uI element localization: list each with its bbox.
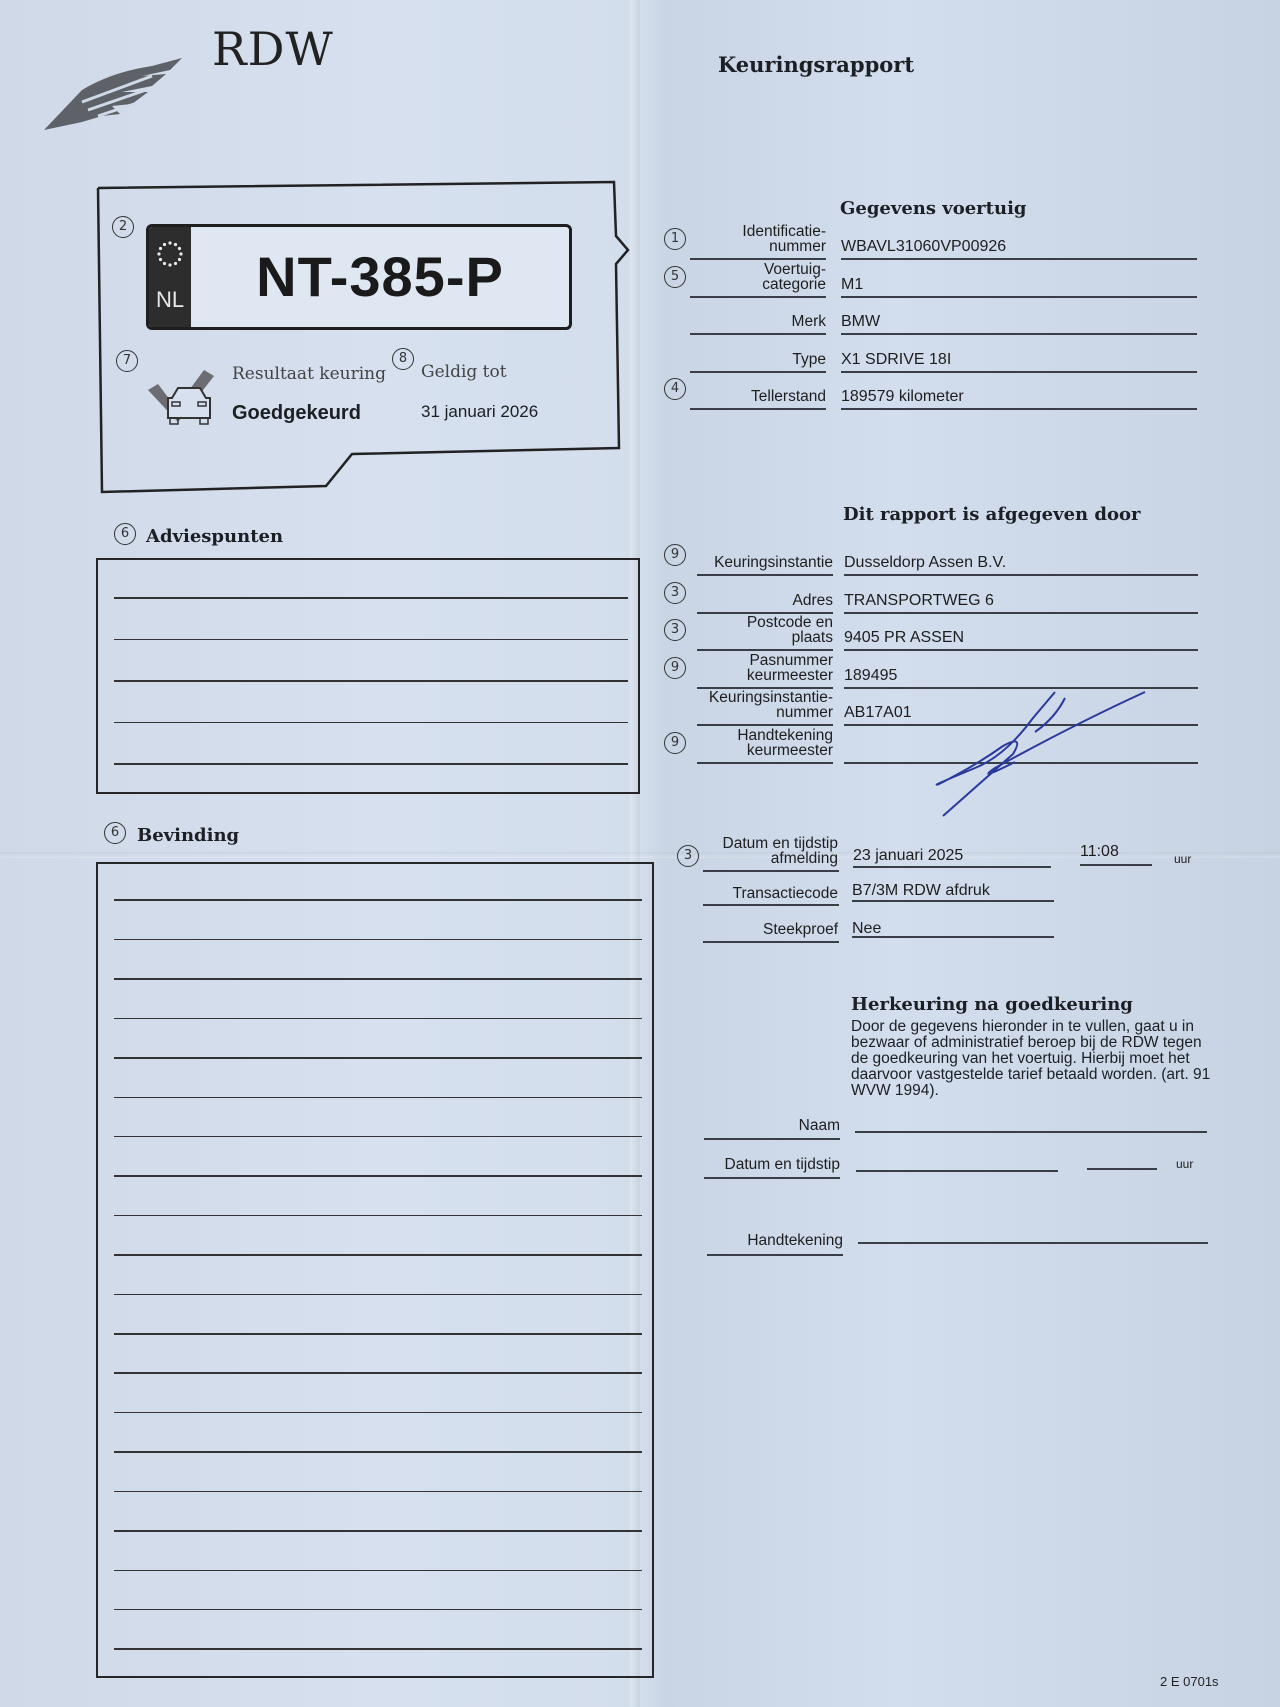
time-unit-2: uur bbox=[1176, 1157, 1193, 1171]
ruled-line[interactable] bbox=[114, 1018, 642, 1020]
ruled-line[interactable] bbox=[114, 1609, 642, 1611]
underline bbox=[697, 762, 833, 764]
reinspection-text: Door de gegevens hieronder in te vullen,… bbox=[851, 1019, 1211, 1099]
field-value: Dusseldorp Assen B.V. bbox=[844, 554, 1006, 572]
field-label-label-line2: plaats bbox=[663, 630, 833, 645]
underline bbox=[707, 1254, 843, 1256]
valid-until-label: Geldig tot bbox=[421, 362, 507, 382]
ruled-line[interactable] bbox=[114, 1294, 642, 1296]
underline bbox=[841, 296, 1197, 298]
field-value: WBAVL31060VP00926 bbox=[841, 238, 1006, 256]
license-plate: NL NT-385-P bbox=[146, 224, 572, 330]
underline bbox=[844, 574, 1198, 576]
ruled-line[interactable] bbox=[114, 1215, 642, 1217]
field-value: AB17A01 bbox=[844, 704, 912, 722]
ruled-line[interactable] bbox=[114, 1491, 642, 1493]
marker-7: 7 bbox=[116, 350, 138, 372]
field-label-label-line2: keurmeester bbox=[663, 743, 833, 758]
underline bbox=[704, 1138, 840, 1140]
field-label-label-line1 bbox=[656, 374, 826, 389]
document-title: Keuringsrapport bbox=[718, 52, 914, 77]
field-label: Keuringsinstantie-nummer bbox=[663, 690, 833, 720]
marker-6-findings: 6 bbox=[104, 822, 126, 844]
field-label-label-line2: nummer bbox=[663, 705, 833, 720]
eu-band: NL bbox=[149, 227, 191, 327]
field-value: X1 SDRIVE 18I bbox=[841, 351, 951, 369]
field-value: 9405 PR ASSEN bbox=[844, 629, 964, 647]
result-label: Resultaat keuring bbox=[232, 364, 386, 384]
field-label: Adres bbox=[663, 578, 833, 608]
ruled-line[interactable] bbox=[114, 978, 642, 980]
field-label: Pasnummerkeurmeester bbox=[663, 653, 833, 683]
ruled-line[interactable] bbox=[114, 1097, 642, 1099]
name-input[interactable] bbox=[855, 1131, 1207, 1133]
field-label-label-line1 bbox=[656, 337, 826, 352]
ruled-line[interactable] bbox=[114, 722, 628, 724]
ruled-line[interactable] bbox=[114, 1412, 642, 1414]
datetime2-label: Datum en tijdstip bbox=[700, 1157, 840, 1172]
field-value: M1 bbox=[841, 276, 863, 294]
field-label: Voertuig-categorie bbox=[656, 262, 826, 292]
ruled-line[interactable] bbox=[114, 1333, 642, 1335]
registration-number: NT-385-P bbox=[191, 227, 569, 327]
registration-time: 11:08 bbox=[1080, 843, 1119, 861]
field-label-label-line2: keurmeester bbox=[663, 668, 833, 683]
marker-2: 2 bbox=[112, 216, 134, 238]
underline bbox=[697, 574, 833, 576]
field-label: Keuringsinstantie bbox=[663, 540, 833, 570]
issuer-section-title: Dit rapport is afgegeven door bbox=[843, 504, 1140, 525]
field-label: Type bbox=[656, 337, 826, 367]
rdw-feather-logo-icon bbox=[42, 52, 192, 132]
underline bbox=[852, 936, 1054, 938]
ruled-line[interactable] bbox=[114, 1451, 642, 1453]
field-label-label-line1 bbox=[656, 299, 826, 314]
transaction-label: Transactiecode bbox=[680, 886, 838, 901]
underline bbox=[690, 296, 826, 298]
field-label-label-line2: Tellerstand bbox=[656, 389, 826, 404]
field-label: Handtekeningkeurmeester bbox=[663, 728, 833, 758]
car-check-icon bbox=[148, 368, 218, 428]
ruled-line[interactable] bbox=[114, 763, 628, 765]
ruled-line[interactable] bbox=[114, 680, 628, 682]
field-label-label-line2: Type bbox=[656, 352, 826, 367]
ruled-line[interactable] bbox=[114, 939, 642, 941]
ruled-line[interactable] bbox=[114, 1570, 642, 1572]
signature-label: Handtekening bbox=[700, 1233, 843, 1248]
name-label: Naam bbox=[700, 1118, 840, 1133]
field-label-label-line1: Keuringsinstantie- bbox=[663, 690, 833, 705]
underline bbox=[844, 612, 1198, 614]
field-label-label-line2: categorie bbox=[656, 277, 826, 292]
datetime-label-line2: afmelding bbox=[680, 851, 838, 866]
result-value: Goedgekeurd bbox=[232, 402, 361, 425]
date-input[interactable] bbox=[856, 1170, 1058, 1172]
underline bbox=[690, 258, 826, 260]
field-label-label-line1 bbox=[663, 540, 833, 555]
field-value: 189495 bbox=[844, 667, 897, 685]
field-label: Merk bbox=[656, 299, 826, 329]
field-label-label-line2: nummer bbox=[656, 239, 826, 254]
field-label-label-line2: Keuringsinstantie bbox=[663, 555, 833, 570]
underline bbox=[697, 724, 833, 726]
underline bbox=[704, 1177, 840, 1179]
field-label-label-line1: Postcode en bbox=[663, 615, 833, 630]
underline bbox=[697, 649, 833, 651]
underline bbox=[844, 649, 1198, 651]
valid-until-value: 31 januari 2026 bbox=[421, 402, 538, 422]
ruled-line[interactable] bbox=[114, 1372, 642, 1374]
datetime-label-line1: Datum en tijdstip bbox=[680, 836, 838, 851]
ruled-line[interactable] bbox=[114, 899, 642, 901]
findings-title: Bevinding bbox=[137, 825, 239, 846]
field-value: BMW bbox=[841, 313, 880, 331]
field-label-label-line2: Merk bbox=[656, 314, 826, 329]
time-unit: uur bbox=[1174, 852, 1191, 866]
ruled-line[interactable] bbox=[114, 1057, 642, 1059]
signature-input[interactable] bbox=[858, 1242, 1208, 1244]
datetime-label: Datum en tijdstip afmelding bbox=[680, 836, 838, 866]
transaction-value: B7/3M RDW afdruk bbox=[852, 882, 990, 900]
underline bbox=[852, 900, 1054, 902]
field-label: Tellerstand bbox=[656, 374, 826, 404]
findings-box bbox=[96, 862, 654, 1678]
field-label: Postcode enplaats bbox=[663, 615, 833, 645]
ruled-line[interactable] bbox=[114, 1175, 642, 1177]
advice-box bbox=[96, 558, 640, 794]
underline bbox=[690, 408, 826, 410]
time-input[interactable] bbox=[1087, 1168, 1157, 1170]
sample-label: Steekproef bbox=[680, 922, 838, 937]
advice-title: Adviespunten bbox=[146, 526, 283, 547]
ruled-line[interactable] bbox=[114, 1136, 642, 1138]
field-label-label-line1: Identificatie- bbox=[656, 224, 826, 239]
underline bbox=[703, 870, 839, 872]
brand-name: RDW bbox=[212, 22, 334, 76]
underline bbox=[1080, 864, 1152, 866]
underline bbox=[703, 904, 839, 906]
vehicle-section-title: Gegevens voertuig bbox=[840, 198, 1027, 219]
reinspection-title: Herkeuring na goedkeuring bbox=[851, 994, 1133, 1015]
country-code: NL bbox=[149, 287, 191, 313]
marker-8: 8 bbox=[392, 348, 414, 370]
field-value: TRANSPORTWEG 6 bbox=[844, 592, 994, 610]
eu-stars-icon bbox=[157, 241, 183, 267]
ruled-line[interactable] bbox=[114, 1254, 642, 1256]
registration-date: 23 januari 2025 bbox=[853, 847, 963, 865]
ruled-line[interactable] bbox=[114, 597, 628, 599]
underline bbox=[841, 371, 1197, 373]
field-value: 189579 kilometer bbox=[841, 388, 964, 406]
marker-6-advice: 6 bbox=[114, 523, 136, 545]
field-label-label-line1 bbox=[663, 578, 833, 593]
underline bbox=[853, 866, 1051, 868]
field-label-label-line1: Voertuig- bbox=[656, 262, 826, 277]
underline bbox=[841, 258, 1197, 260]
field-label: Identificatie-nummer bbox=[656, 224, 826, 254]
field-label-label-line1: Pasnummer bbox=[663, 653, 833, 668]
field-label-label-line1: Handtekening bbox=[663, 728, 833, 743]
ruled-line[interactable] bbox=[114, 1648, 642, 1650]
form-code: 2 E 0701s bbox=[1160, 1674, 1219, 1689]
field-label-label-line2: Adres bbox=[663, 593, 833, 608]
ruled-line[interactable] bbox=[114, 1530, 642, 1532]
ruled-line[interactable] bbox=[114, 639, 628, 641]
handwritten-signature-icon bbox=[915, 688, 1155, 820]
underline bbox=[841, 333, 1197, 335]
underline bbox=[690, 371, 826, 373]
underline bbox=[690, 333, 826, 335]
underline bbox=[841, 408, 1197, 410]
underline bbox=[703, 941, 839, 943]
